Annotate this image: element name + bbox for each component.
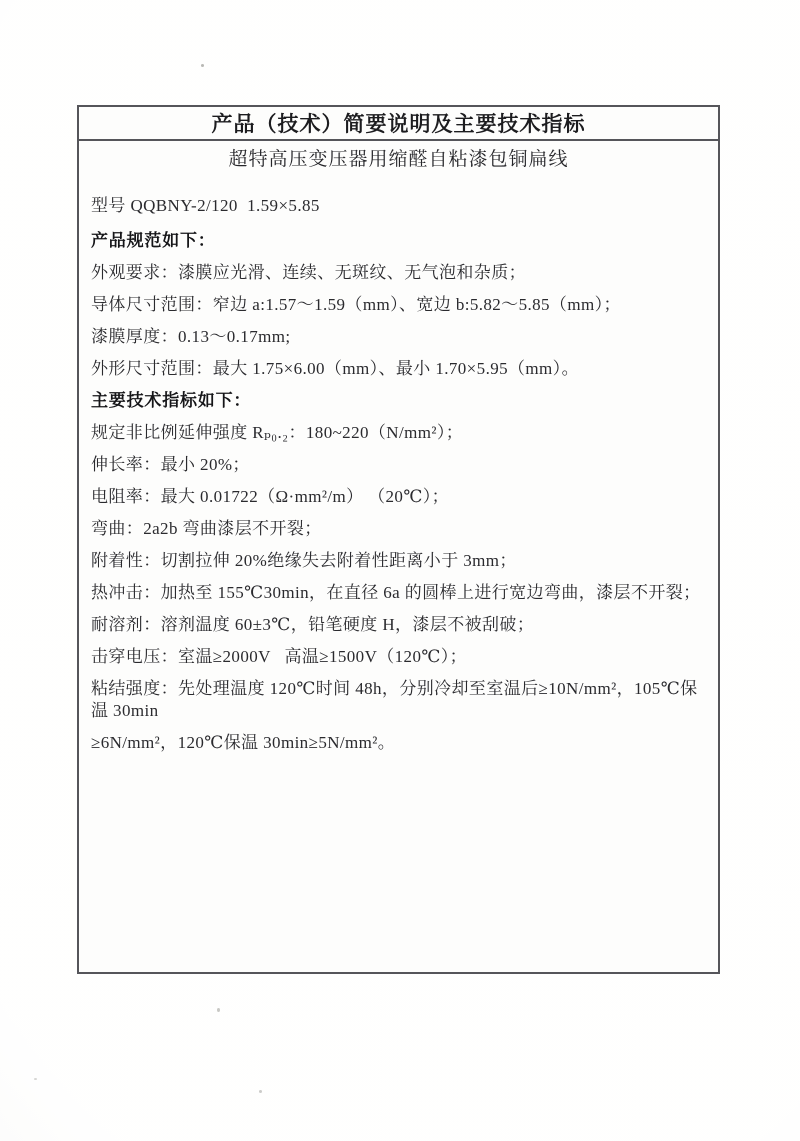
spec-line-appearance: 外观要求：漆膜应光滑、连续、无斑纹、无气泡和杂质； (91, 262, 706, 284)
product-name: 超特高压变压器用缩醛自粘漆包铜扁线 (91, 144, 706, 171)
spec-line-outer-size: 外形尺寸范围：最大 1.75×6.00（mm）、最小 1.70×5.95（mm）… (91, 358, 706, 380)
tech-line-resistivity: 电阻率：最大 0.01722（Ω·mm²/m） （20℃）； (91, 486, 706, 508)
tech-section-header: 主要技术指标如下： (91, 390, 706, 412)
table-title-row: 产品（技术）简要说明及主要技术指标 (79, 107, 718, 141)
model-line: 型号 QQBNY-2/120 1.59×5.85 (91, 195, 706, 217)
scan-speck (217, 1008, 220, 1012)
scan-speck (34, 1078, 37, 1080)
tech-line-bond-strength: 粘结强度：先处理温度 120℃时间 48h，分别冷却至室温后≥10N/mm²，1… (91, 678, 706, 722)
scanned-document-page: 产品（技术）简要说明及主要技术指标 超特高压变压器用缩醛自粘漆包铜扁线 型号 Q… (0, 0, 800, 1141)
document-title: 产品（技术）简要说明及主要技术指标 (212, 108, 586, 138)
tech-line-bond-strength-cont: ≥6N/mm²，120℃保温 30min≥5N/mm²。 (91, 732, 706, 754)
spec-line-conductor-size: 导体尺寸范围：窄边 a:1.57～1.59（mm）、宽边 b:5.82～5.85… (91, 294, 706, 316)
spec-line-film-thickness: 漆膜厚度：0.13～0.17mm; (91, 326, 706, 348)
spec-table: 产品（技术）简要说明及主要技术指标 超特高压变压器用缩醛自粘漆包铜扁线 型号 Q… (77, 105, 720, 974)
spec-section-header: 产品规范如下： (91, 230, 706, 252)
scan-speck (259, 1090, 262, 1093)
tech-line-heat-shock: 热冲击：加热至 155℃30min，在直径 6a 的圆棒上进行宽边弯曲，漆层不开… (91, 582, 706, 604)
table-body-cell: 超特高压变压器用缩醛自粘漆包铜扁线 型号 QQBNY-2/120 1.59×5.… (79, 141, 718, 754)
tech-line-bending: 弯曲：2a2b 弯曲漆层不开裂； (91, 518, 706, 540)
scan-speck (201, 64, 204, 67)
tech-line-elongation: 伸长率：最小 20%； (91, 454, 706, 476)
tech-line-solvent-resistance: 耐溶剂：溶剂温度 60±3℃，铅笔硬度 H，漆层不被刮破； (91, 614, 706, 636)
tech-line-proof-strength: 规定非比例延伸强度 Rₚ₀.₂：180~220（N/mm²）； (91, 422, 706, 444)
tech-line-adhesion: 附着性：切割拉伸 20%绝缘失去附着性距离小于 3mm； (91, 550, 706, 572)
tech-line-breakdown-voltage: 击穿电压：室温≥2000V 高温≥1500V（120℃）； (91, 646, 706, 668)
